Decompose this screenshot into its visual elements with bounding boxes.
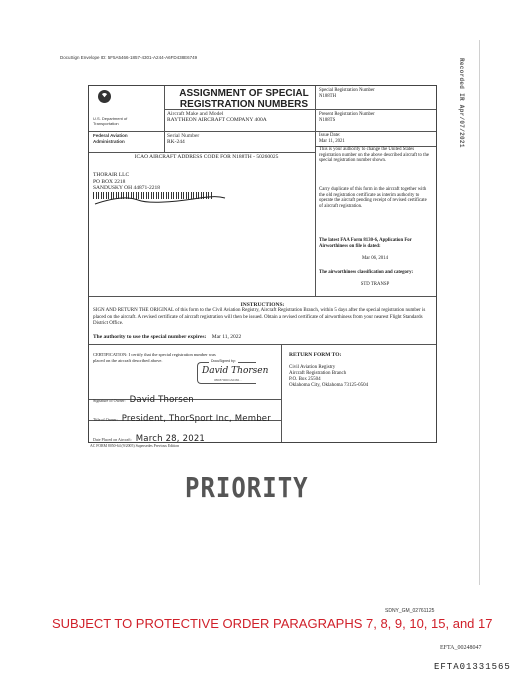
- sdny-bates-number: SDNY_GM_02761125: [385, 608, 434, 614]
- make-model-value: RAYTHEON AIRCRAFT COMPANY 400A: [167, 117, 267, 123]
- return-line-4: Oklahoma City, Oklahoma 73125-0504: [289, 383, 368, 389]
- issue-date-value: Mar 11, 2021: [319, 139, 431, 145]
- title-line-1: ASSIGNMENT OF SPECIAL: [174, 88, 314, 99]
- ink-scribble: [93, 194, 228, 206]
- authority-text: This is your authority to change the Uni…: [319, 147, 431, 164]
- faa-form-text: The latest FAA Form 8130-6, Application …: [319, 238, 431, 249]
- priority-stamp: PRIORITY: [185, 472, 309, 504]
- return-address: Civil Aviation Registry Aircraft Registr…: [289, 365, 368, 389]
- owner-city: SANDUSKY OH 44871-2218: [93, 185, 160, 192]
- title-owner-label: Title of Owner:: [93, 417, 118, 422]
- serial-value: RK-244: [167, 139, 199, 145]
- signature-id: 0BF8700DCA0482...: [214, 378, 242, 382]
- title-owner-value: President, ThorSport Inc, Member: [122, 414, 271, 424]
- divider: [89, 344, 436, 345]
- airworthiness-text: The airworthiness classification and cat…: [319, 270, 431, 276]
- return-form-title: RETURN FORM TO:: [289, 352, 341, 358]
- divider: [89, 296, 436, 297]
- expires-value: Mar 11, 2022: [212, 334, 242, 340]
- divider: [281, 344, 282, 442]
- faa-form-date: Mar 06, 2014: [319, 256, 431, 262]
- docusign-envelope-id: DocuSign Envelope ID: 5F5A5466-1857-4301…: [60, 55, 197, 60]
- date-placed-label: Date Placed on Aircraft:: [93, 437, 132, 442]
- dot-seal-icon: [98, 90, 111, 103]
- sig-owner-value: David Thorsen: [130, 395, 194, 405]
- make-model-field: Aircraft Make and Model RAYTHEON AIRCRAF…: [167, 111, 267, 123]
- present-reg-field: Present Registration Number N188TS: [319, 112, 431, 123]
- instructions-text: SIGN AND RETURN THE ORIGINAL of this for…: [93, 308, 433, 328]
- divider: [89, 152, 315, 153]
- airworthiness-value: STD TRANSP: [319, 282, 431, 288]
- efta-id-large: EFTA01331565: [434, 662, 511, 672]
- divider: [89, 131, 436, 132]
- signature-of-owner-field: Signature of Owner: David Thorsen: [93, 389, 194, 407]
- efta-id-small: EFTA_00248047: [440, 645, 482, 651]
- faa-label: Federal Aviation Administration: [93, 133, 153, 144]
- title-line-2: REGISTRATION NUMBERS: [174, 99, 314, 110]
- special-reg-value: N188TH: [319, 94, 431, 100]
- dept-label: U.S. Department of Transportation: [93, 116, 153, 126]
- divider: [315, 86, 316, 296]
- form-id: AC FORM 8050-64 (9/2005) Supersedes Prev…: [90, 444, 179, 448]
- form-title: ASSIGNMENT OF SPECIAL REGISTRATION NUMBE…: [174, 88, 314, 110]
- expires-label: The authority to use the special number …: [93, 334, 206, 340]
- issue-date-field: Issue Date: Mar 11, 2021: [319, 133, 431, 144]
- icao-code: ICAO AIRCRAFT ADDRESS CODE FOR N188TH - …: [89, 154, 324, 160]
- owner-address: THORAIR LLC PO BOX 2218 SANDUSKY OH 4487…: [93, 172, 160, 192]
- serial-field: Serial Number RK-244: [167, 133, 199, 145]
- carry-text: Carry duplicate of this form in the airc…: [319, 187, 431, 209]
- registration-form: U.S. Department of Transportation Federa…: [88, 85, 437, 443]
- protective-order-notice: SUBJECT TO PROTECTIVE ORDER PARAGRAPHS 7…: [52, 616, 492, 631]
- docusigned-by-label: DocuSigned by:: [209, 359, 238, 363]
- recorded-stamp: Recorded IR Apr/07/2021: [455, 58, 465, 158]
- date-placed-value: March 28, 2021: [136, 434, 205, 444]
- page-edge-divider: [479, 40, 480, 585]
- sig-owner-label: Signature of Owner:: [93, 398, 126, 403]
- special-reg-field: Special Registration Number N188TH: [319, 88, 431, 99]
- divider: [164, 86, 165, 152]
- signature: David Thorsen: [202, 366, 268, 376]
- expiration: The authority to use the special number …: [93, 334, 241, 340]
- present-reg-value: N188TS: [319, 118, 431, 124]
- title-of-owner-field: Title of Owner: President, ThorSport Inc…: [93, 408, 271, 426]
